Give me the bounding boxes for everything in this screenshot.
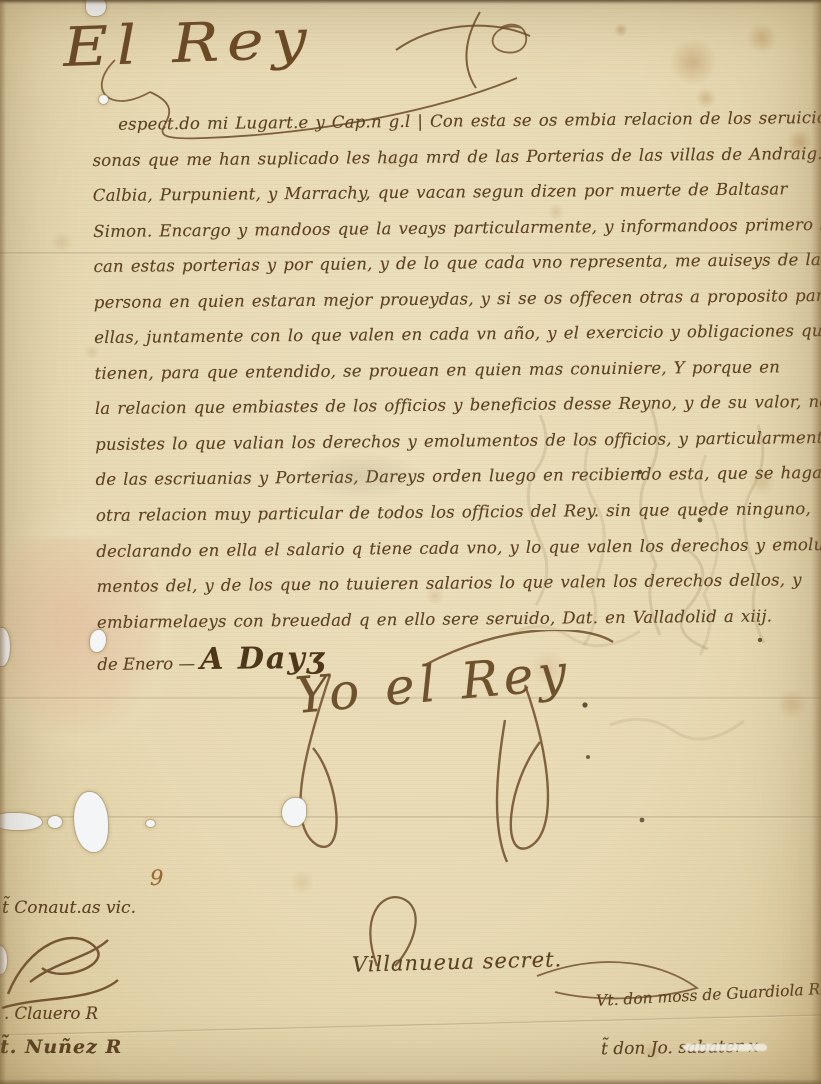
document-title-el-rey: El Rey (62, 7, 316, 79)
right-vidit-guardiola: Vt. don moss de Guardiola R (596, 980, 821, 1010)
body-line: espect.do mi Lugart.e y Cap.n g.l | Con … (92, 100, 798, 142)
paper-hole (146, 820, 155, 827)
scan-edge-left (0, 0, 6, 1084)
left-vidit-nunez: t̃. Nuñez R (0, 1036, 122, 1058)
folio-number: 9 (150, 866, 163, 890)
rubric-cross-flourish (388, 6, 538, 94)
paper-hole (48, 816, 62, 828)
fold-crease (0, 1014, 821, 1037)
paper-scrape-mark (683, 1044, 767, 1051)
councillor-signature-flourish (0, 922, 125, 1017)
paper-hole (0, 813, 42, 830)
paper-hole (282, 798, 306, 826)
manuscript-scan: El Rey espect.do mi Lugart.e y Cap.n g.l… (0, 0, 821, 1084)
scan-edge-right (811, 0, 821, 1084)
ghost-stamp-smudge (296, 452, 426, 500)
date-prefix: de Enero — (97, 654, 195, 674)
body-line: embiarmelaeys con breuedad q en ello ser… (97, 598, 803, 640)
scan-edge-top (0, 0, 821, 4)
fold-crease (0, 816, 821, 819)
left-vidit-clauero: . Clauero R (4, 1004, 98, 1023)
paper-hole (74, 792, 108, 852)
secretary-signature-villanueva: Villanueua secret. (352, 947, 563, 976)
paper-hole (99, 95, 108, 104)
scan-edge-bottom (0, 1079, 821, 1084)
body-line: otra relacion muy particular de todos lo… (96, 491, 802, 533)
left-vidit-conaut: t̃ Conaut.as vic. (2, 898, 136, 918)
document-page: El Rey espect.do mi Lugart.e y Cap.n g.l… (0, 0, 821, 1084)
letter-body: espect.do mi Lugart.e y Cap.n g.l | Con … (92, 100, 803, 682)
